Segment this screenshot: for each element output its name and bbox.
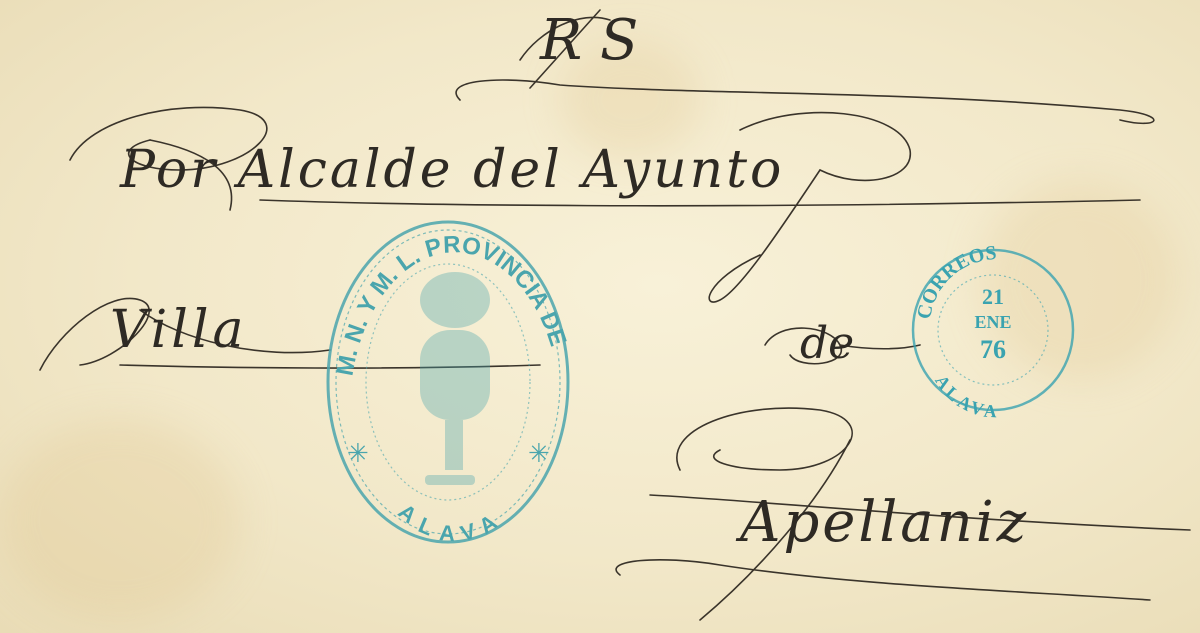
postmark-top-text: CORREOS — [913, 242, 997, 321]
postmark-year: 76 — [980, 335, 1006, 364]
postmark: CORREOS ALAVA 21 ENE 76 — [0, 0, 1200, 633]
postmark-day: 21 — [982, 284, 1004, 309]
postmark-bottom-text: ALAVA — [931, 371, 1001, 421]
postmark-month: ENE — [974, 312, 1011, 332]
